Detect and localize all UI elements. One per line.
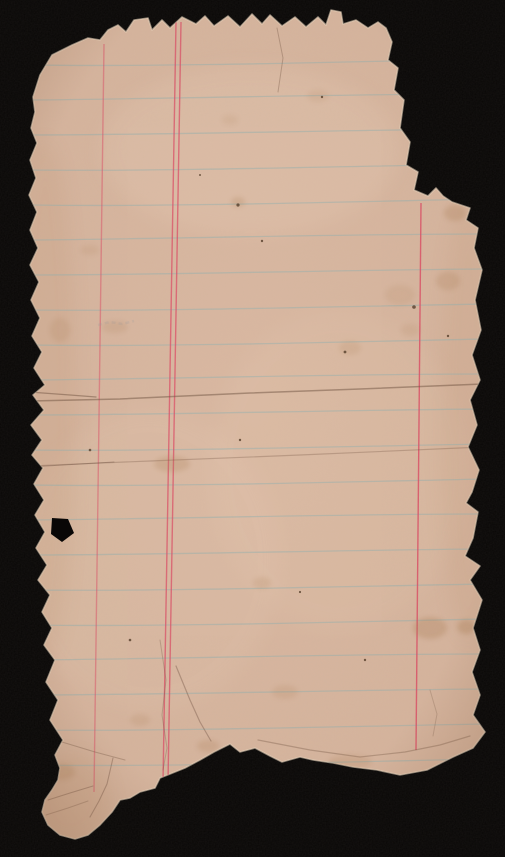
torn-ledger-paper-photo [0,0,505,857]
